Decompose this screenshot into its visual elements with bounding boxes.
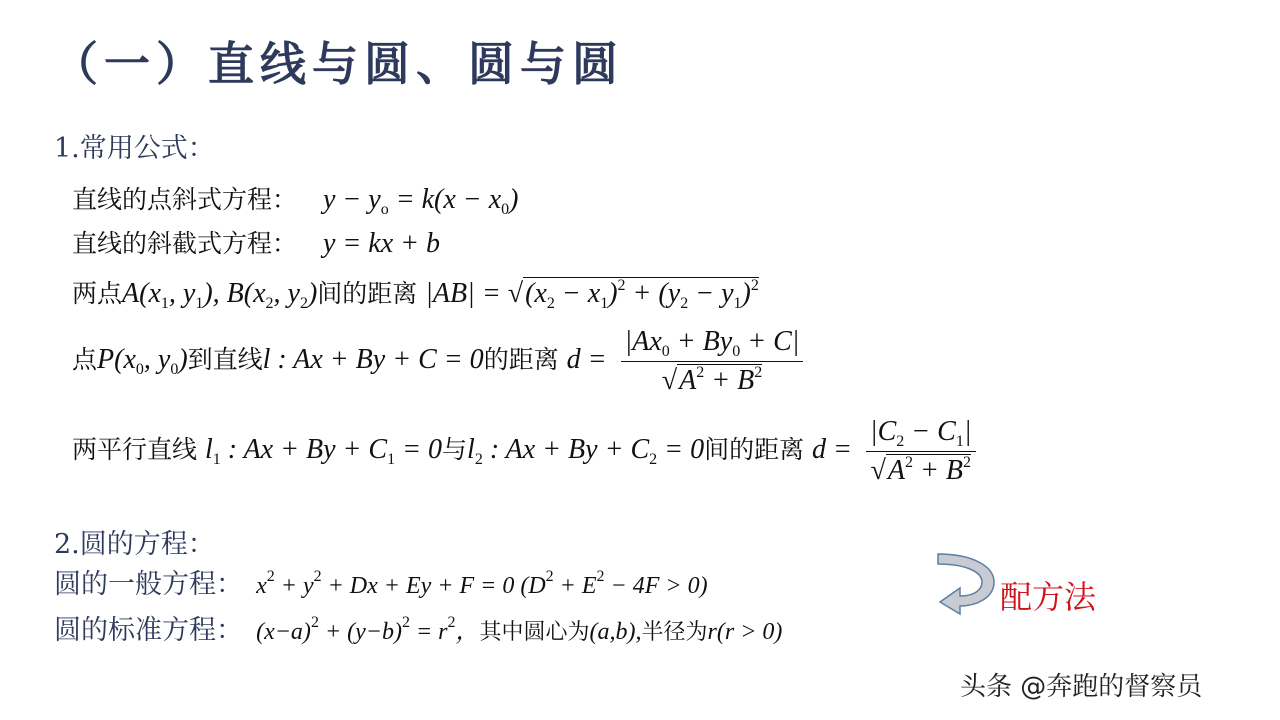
formula-slope-intercept: 直线的斜截式方程： y = kx + b bbox=[72, 224, 440, 260]
formula-line1: l1 : Ax + By + C1 = 0 bbox=[205, 434, 442, 465]
fraction-numerator: |C2 − C1| bbox=[866, 416, 976, 452]
formula-prefix: 点 bbox=[72, 345, 97, 374]
formula-point-line-distance: 点P(x0, y0)到直线l : Ax + By + C = 0的距离 d = … bbox=[72, 326, 803, 397]
formula-expression: (x−a)2 + (y−b)2 = r2， bbox=[256, 619, 479, 645]
formula-line: l : Ax + By + C = 0 bbox=[263, 344, 484, 375]
formula-circle-general: 圆的一般方程： x2 + y2 + Dx + Ey + F = 0 (D2 + … bbox=[54, 562, 708, 601]
formula-middle: 到直线 bbox=[188, 345, 263, 374]
formula-prefix: 两平行直线 bbox=[72, 435, 197, 464]
formula-expression: y − yo = k(x − x0) bbox=[323, 184, 518, 215]
formula-prefix: 两点 bbox=[72, 279, 122, 308]
fraction-denominator: √A2 + B2 bbox=[866, 452, 976, 487]
watermark: 头条 @奔跑的督察员 bbox=[960, 666, 1202, 703]
formula-point-slope: 直线的点斜式方程： y − yo = k(x − x0) bbox=[72, 180, 518, 219]
section-2-heading: 2.圆的方程： bbox=[54, 522, 215, 561]
formula-middle: 间的距离 bbox=[704, 435, 804, 464]
formula-parallel-distance: 两平行直线 l1 : Ax + By + C1 = 0与l2 : Ax + By… bbox=[72, 416, 976, 487]
formula-two-point-distance: 两点A(x1, y1), B(x2, y2)间的距离 |AB| = √(x2 −… bbox=[72, 274, 759, 313]
formula-label: 圆的标准方程： bbox=[54, 615, 243, 646]
formula-middle: 间的距离 bbox=[317, 279, 417, 308]
formula-expression: y = kx + b bbox=[323, 228, 440, 259]
section-1-heading: 1.常用公式： bbox=[54, 126, 215, 165]
formula-middle: 的距离 bbox=[484, 345, 559, 374]
formula-note: 半径为 bbox=[642, 620, 708, 645]
formula-note: 其中圆心为 bbox=[480, 620, 590, 645]
curved-arrow-icon bbox=[932, 548, 1002, 620]
formula-lhs: d = bbox=[567, 344, 607, 375]
formula-expression: x2 + y2 + Dx + Ey + F = 0 (D2 + E2 − 4F … bbox=[256, 573, 707, 599]
page-title: （一）直线与圆、圆与圆 bbox=[52, 28, 624, 94]
formula-point: P(x0, y0) bbox=[97, 344, 188, 375]
annotation-completing-square: 配方法 bbox=[1000, 572, 1096, 618]
fraction-denominator: √A2 + B2 bbox=[621, 362, 804, 397]
formula-circle-standard: 圆的标准方程： (x−a)2 + (y−b)2 = r2，其中圆心为(a,b),… bbox=[54, 608, 782, 647]
formula-radius: r(r > 0) bbox=[708, 619, 783, 645]
formula-and: 与 bbox=[442, 435, 467, 464]
formula-lhs: d = bbox=[812, 434, 852, 465]
formula-expression: |AB| = √(x2 − x1)2 + (y2 − y1)2 bbox=[425, 277, 759, 309]
formula-label: 直线的点斜式方程： bbox=[72, 185, 297, 214]
formula-line2: l2 : Ax + By + C2 = 0 bbox=[467, 434, 704, 465]
formula-fraction: |Ax0 + By0 + C| √A2 + B2 bbox=[621, 326, 804, 397]
formula-fraction: |C2 − C1| √A2 + B2 bbox=[866, 416, 976, 487]
formula-label: 圆的一般方程： bbox=[54, 569, 243, 600]
formula-points: A(x1, y1), B(x2, y2) bbox=[122, 278, 317, 309]
formula-label: 直线的斜截式方程： bbox=[72, 229, 297, 258]
formula-center: (a,b), bbox=[590, 619, 642, 645]
fraction-numerator: |Ax0 + By0 + C| bbox=[621, 326, 804, 362]
